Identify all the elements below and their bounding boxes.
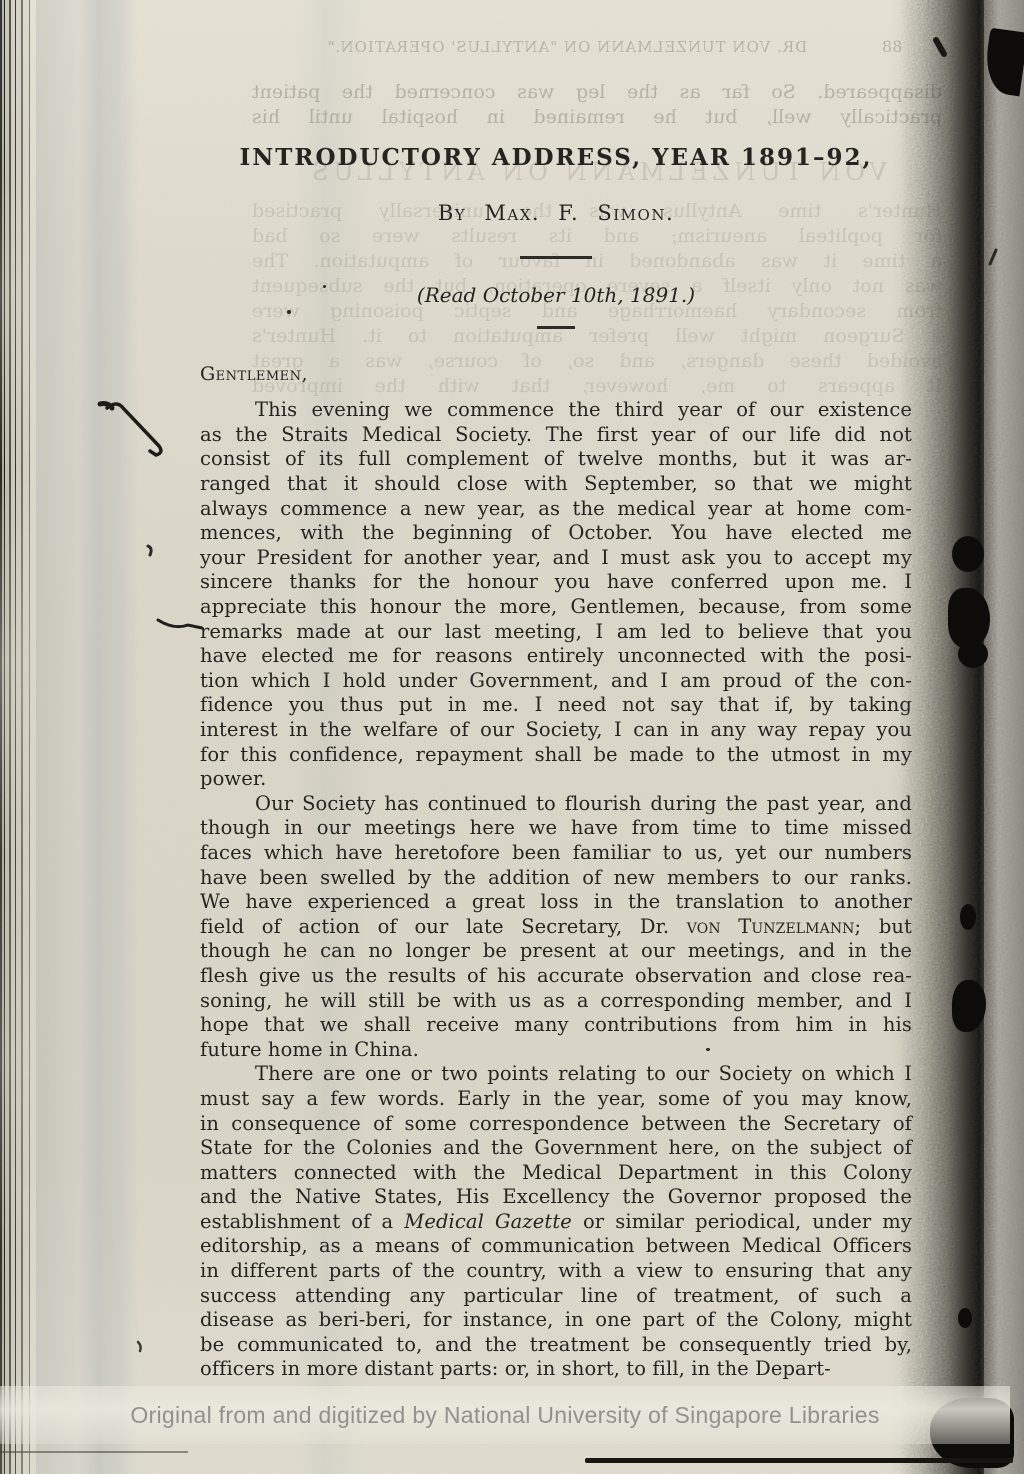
text-line: field of action of our late Secretary, D… [200, 915, 912, 940]
body-paragraphs: This evening we commence the third year … [200, 398, 912, 1382]
printed-text-block: INTRODUCTORY ADDRESS, YEAR 1891–92, By M… [200, 0, 912, 1382]
text-line: must say a few words. Early in the year,… [200, 1087, 912, 1112]
text-line: There are one or two points relating to … [200, 1062, 912, 1087]
text-line: tion which I hold under Government, and … [200, 669, 912, 694]
ink-blob [958, 640, 988, 668]
divider-rule [520, 256, 592, 259]
text-line: matters connected with the Medical Depar… [200, 1161, 912, 1186]
text-line: This evening we commence the third year … [200, 398, 912, 423]
text-line: future home in China. [200, 1038, 912, 1063]
text-line: We have experienced a great loss in the … [200, 890, 912, 915]
text-line: have elected me for reasons entirely unc… [200, 644, 912, 669]
paragraph: This evening we commence the third year … [200, 398, 912, 792]
text-line: establishment of a Medical Gazette or si… [200, 1210, 912, 1235]
text-line: hope that we shall receive many contribu… [200, 1013, 912, 1038]
gutter-grain-texture [890, 0, 1024, 1474]
text-line: fidence you thus put in me. I need not s… [200, 693, 912, 718]
text-line: though he can no longer be present at ou… [200, 939, 912, 964]
pen-mark [138, 1342, 141, 1351]
text-line: editorship, as a means of communication … [200, 1234, 912, 1259]
text-line: sincere thanks for the honour you have c… [200, 570, 912, 595]
pen-mark [107, 404, 161, 455]
scan-band [36, 0, 106, 1474]
paragraph: Our Society has continued to flourish du… [200, 792, 912, 1063]
scan-band [78, 0, 138, 1474]
ink-speck [287, 310, 291, 314]
text-line: success attending any particular line of… [200, 1284, 912, 1309]
page-title: INTRODUCTORY ADDRESS, YEAR 1891–92, [200, 145, 912, 170]
text-line: Our Society has continued to flourish du… [200, 792, 912, 817]
text-line: as the Straits Medical Society. The firs… [200, 423, 912, 448]
text-line: be communicated to, and the treatment be… [200, 1333, 912, 1358]
text-line: disease as beri-beri, for instance, in o… [200, 1308, 912, 1333]
text-line: faces which have heretofore been familia… [200, 841, 912, 866]
text-line: have been swelled by the addition of new… [200, 866, 912, 891]
text-line: remarks made at our last meeting, I am l… [200, 620, 912, 645]
scanned-book-page: 88 DR. VON TUNZELMANN ON "ANTYLLUS' OPER… [0, 0, 1024, 1474]
digitization-credit: Original from and digitized by National … [0, 1402, 1010, 1429]
ink-speck [706, 1048, 710, 1051]
bottom-edge-line [585, 1458, 1013, 1463]
pen-mark [158, 620, 202, 628]
ink-blob [948, 588, 990, 648]
divider-rule [537, 326, 575, 329]
text-line: mences, with the beginning of October. Y… [200, 521, 912, 546]
bottom-edge-line [0, 1451, 188, 1453]
text-line: power. [200, 767, 912, 792]
text-line: flesh give us the results of his accurat… [200, 964, 912, 989]
text-line: though in our meetings here we have from… [200, 816, 912, 841]
text-line: State for the Colonies and the Governmen… [200, 1136, 912, 1161]
pen-mark [148, 546, 151, 555]
text-line: your President for another year, and I m… [200, 546, 912, 571]
left-edge-scratches [0, 0, 38, 1474]
text-line: in different parts of the country, with … [200, 1259, 912, 1284]
ink-speck [323, 285, 326, 288]
text-line: for this confidence, repayment shall be … [200, 743, 912, 768]
text-line: always commence a new year, as the medic… [200, 497, 912, 522]
text-line: soning, he will still be with us as a co… [200, 989, 912, 1014]
text-line: appreciate this honour the more, Gentlem… [200, 595, 912, 620]
text-line: ranged that it should close with Septemb… [200, 472, 912, 497]
pen-mark [100, 404, 112, 409]
text-line: officers in more distant parts: or, in s… [200, 1357, 912, 1382]
text-line: interest in the welfare of our Society, … [200, 718, 912, 743]
salutation: Gentlemen, [200, 363, 912, 385]
text-line: consist of its full complement of twelve… [200, 447, 912, 472]
ink-blob [960, 904, 976, 930]
author-byline: By Max. F. Simon. [200, 201, 912, 225]
text-line: in consequence of some correspondence be… [200, 1112, 912, 1137]
ink-blob [952, 536, 984, 572]
paragraph: There are one or two points relating to … [200, 1062, 912, 1382]
read-date-note: (Read October 10th, 1891.) [200, 283, 912, 307]
text-line: and the Native States, His Excellency th… [200, 1185, 912, 1210]
ink-blob [958, 1308, 972, 1328]
